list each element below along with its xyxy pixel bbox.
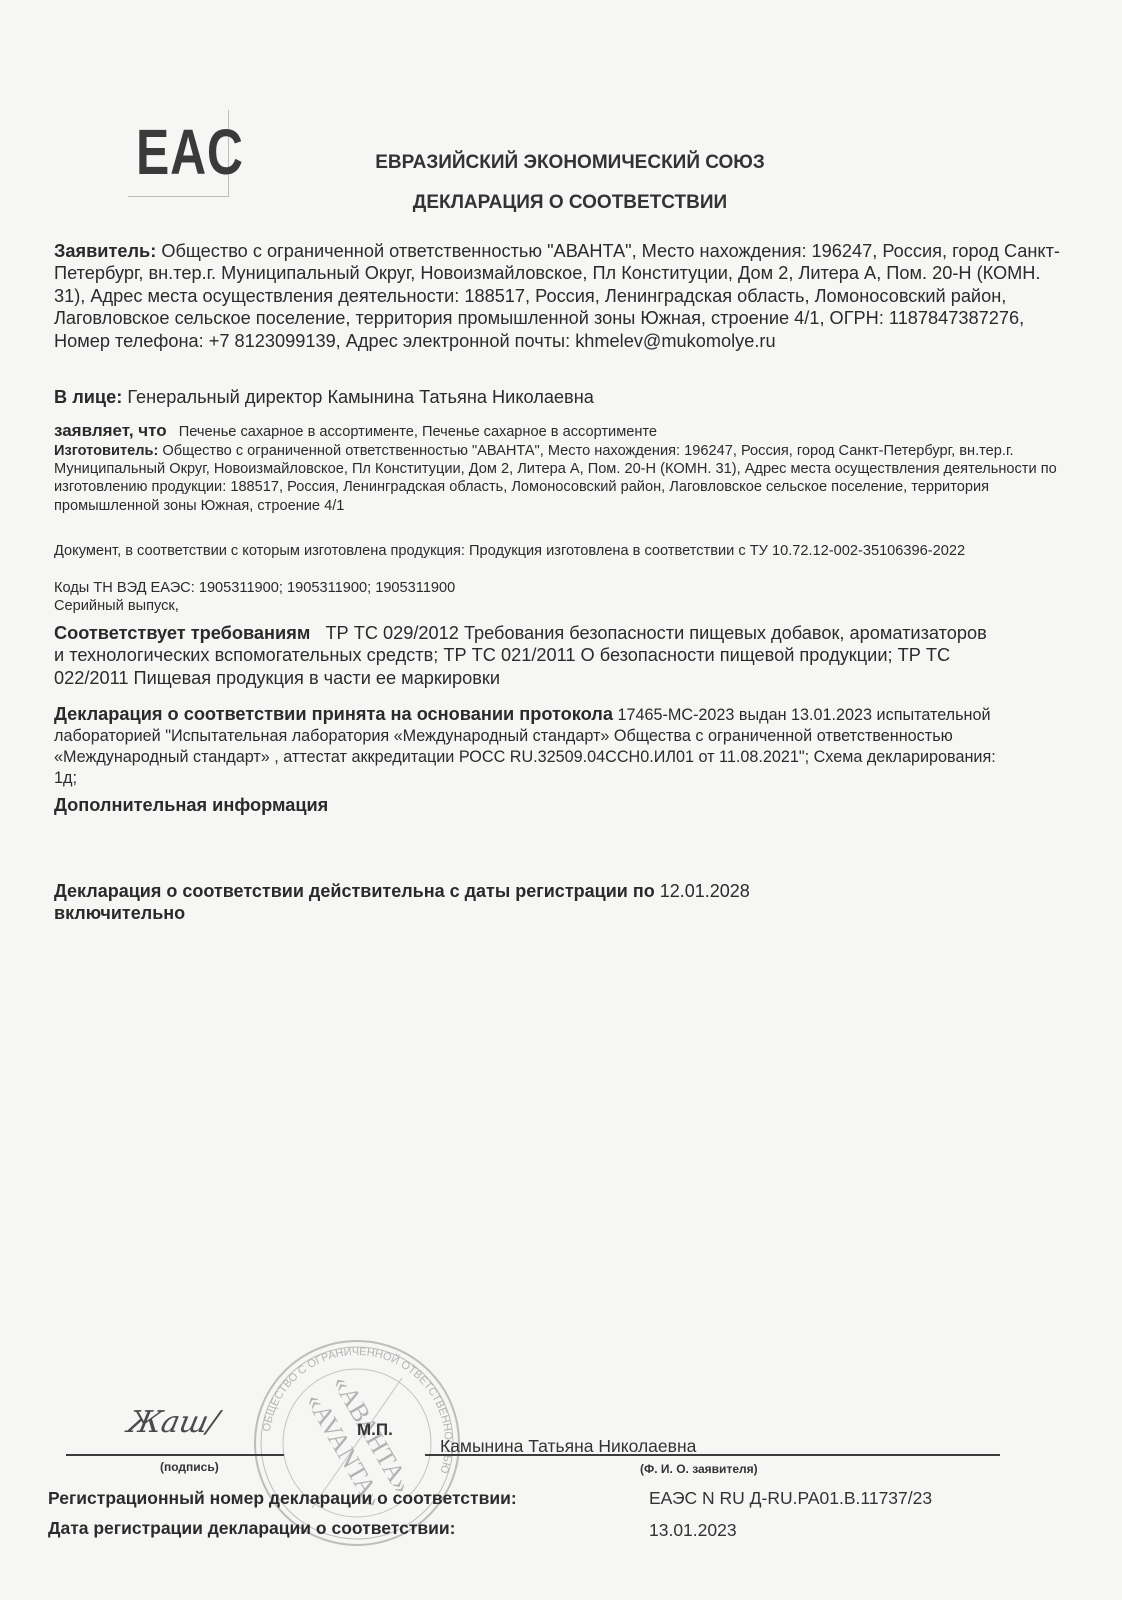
serial-production: Серийный выпуск, [54,597,1064,615]
validity-date: 12.01.2028 [655,881,750,901]
applicant-text: Общество с ограниченной ответственностью… [54,241,1060,351]
applicant-label: Заявитель: [54,241,156,261]
name-line [425,1454,1000,1456]
document-basis: Документ, в соответствии с которым изгот… [54,542,1014,560]
document-title: ДЕКЛАРАЦИЯ О СООТВЕТСТВИИ [300,192,840,214]
validity-section: Декларация о соответствии действительна … [54,880,1064,924]
company-stamp: ОБЩЕСТВО С ОГРАНИЧЕННОЙ ОТВЕТСТВЕННОСТЬЮ… [252,1338,462,1548]
represented-by-label: В лице: [54,387,122,407]
stamp-place-label: М.П. [357,1420,393,1440]
additional-info-section: Дополнительная информация [54,794,1064,816]
conforms-label: Соответствует требованиям [54,623,310,643]
conforms-section: Соответствует требованиям ТР ТС 029/2012… [54,622,994,689]
manufacturer-text: Общество с ограниченной ответственностью… [54,443,1057,514]
applicant-section: Заявитель: Общество с ограниченной ответ… [54,240,1064,352]
additional-info-label: Дополнительная информация [54,795,328,815]
registration-number-value: ЕАЭС N RU Д-RU.PA01.B.11737/23 [649,1488,932,1509]
registration-date-label: Дата регистрации декларации о соответств… [48,1518,456,1539]
declares-label: заявляет, что [54,421,167,440]
manufacturer-section: Изготовитель: Общество с ограниченной от… [54,442,1064,515]
represented-by-section: В лице: Генеральный директор Камынина Та… [54,386,1064,408]
hs-codes: Коды ТН ВЭД ЕАЭС: 1905311900; 1905311900… [54,579,1064,597]
signature-caption: (подпись) [160,1460,219,1474]
handwritten-signature: Жаш/ [124,1405,222,1440]
declares-section: заявляет, что Печенье сахарное в ассорти… [54,421,1064,441]
signature-line [66,1454,284,1456]
represented-by-text: Генеральный директор Камынина Татьяна Ни… [122,387,594,407]
eac-logo-text: EAC [136,114,244,190]
validity-suffix: включительно [54,903,185,923]
registration-number-label: Регистрационный номер декларации о соотв… [48,1488,517,1509]
name-caption: (Ф. И. О. заявителя) [640,1462,758,1476]
union-title: ЕВРАЗИЙСКИЙ ЭКОНОМИЧЕСКИЙ СОЮЗ [290,152,850,174]
protocol-label: Декларация о соответствии принята на осн… [54,704,613,724]
validity-label: Декларация о соответствии действительна … [54,881,655,901]
protocol-section: Декларация о соответствии принята на осн… [54,703,1014,789]
eac-logo: EAC [128,110,229,197]
declaration-page: EAC ЕВРАЗИЙСКИЙ ЭКОНОМИЧЕСКИЙ СОЮЗ ДЕКЛА… [0,0,1122,1600]
registration-date-value: 13.01.2023 [649,1520,737,1541]
manufacturer-label: Изготовитель: [54,443,158,459]
declares-text: Печенье сахарное в ассортименте, Печенье… [167,424,657,440]
